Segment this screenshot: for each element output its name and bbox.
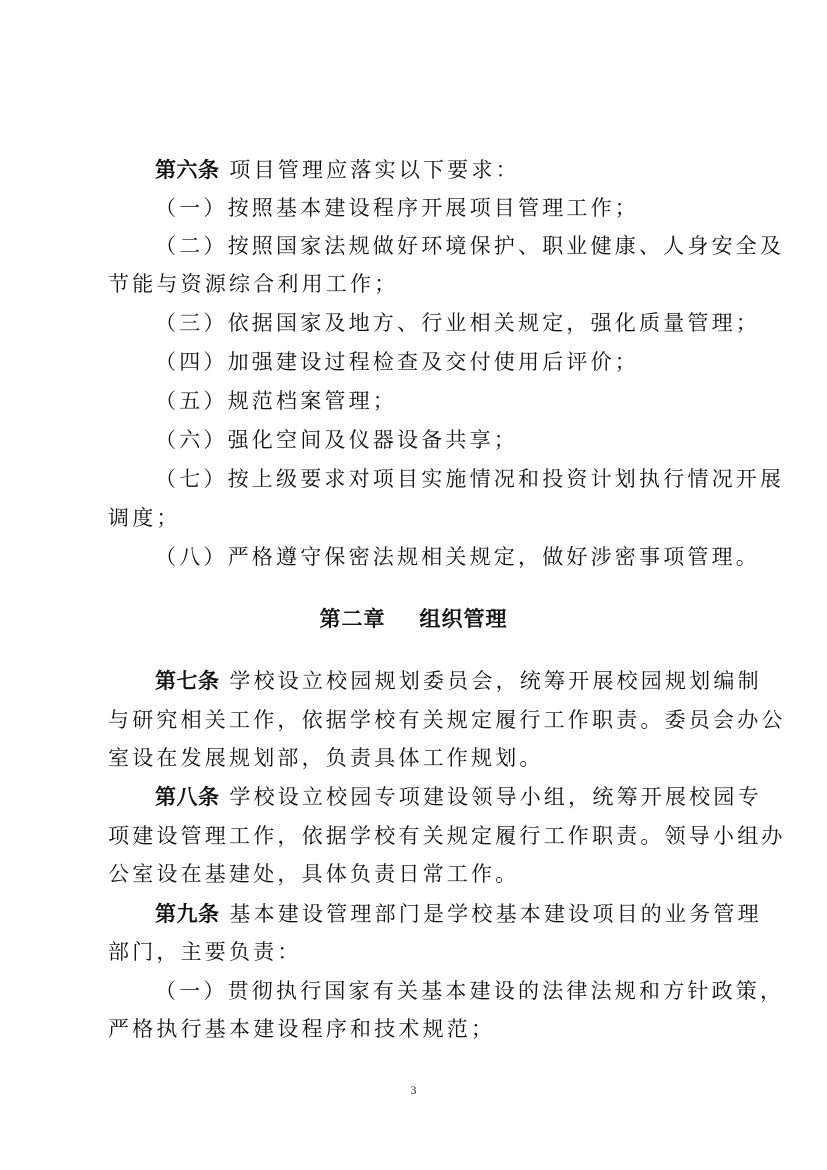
document-page: 第六条 项目管理应落实以下要求： （一）按照基本建设程序开展项目管理工作； （二… bbox=[0, 0, 827, 1170]
article-7-line-2: 与研究相关工作，依据学校有关规定履行工作职责。委员会办公 bbox=[108, 708, 728, 732]
article-6-item-3: （三）依据国家及地方、行业相关规定，强化质量管理； bbox=[155, 311, 730, 335]
article-7-line-3: 室设在发展规划部，负责具体工作规划。 bbox=[108, 746, 728, 770]
article-6-line: 第六条 项目管理应落实以下要求： bbox=[155, 158, 730, 182]
page-number: 3 bbox=[0, 1083, 827, 1098]
article-7-heading: 第七条 bbox=[155, 669, 220, 693]
article-8-line-3: 公室设在基建处，具体负责日常工作。 bbox=[108, 862, 728, 886]
article-6-item-2: （二）按照国家法规做好环境保护、职业健康、人身安全及 bbox=[155, 234, 730, 258]
article-8-heading: 第八条 bbox=[155, 785, 220, 809]
article-6-item-4: （四）加强建设过程检查及交付使用后评价； bbox=[155, 350, 730, 374]
article-9-item-1-cont: 严格执行基本建设程序和技术规范； bbox=[108, 1017, 728, 1041]
article-7-line: 第七条 学校设立校园规划委员会，统筹开展校园规划编制 bbox=[155, 669, 730, 693]
article-6-heading: 第六条 bbox=[155, 158, 220, 182]
article-7-text: 学校设立校园规划委员会，统筹开展校园规划编制 bbox=[220, 669, 762, 693]
article-6-text: 项目管理应落实以下要求： bbox=[220, 158, 520, 182]
article-6-item-8: （八）严格遵守保密法规相关规定，做好涉密事项管理。 bbox=[155, 545, 730, 569]
article-6-item-1: （一）按照基本建设程序开展项目管理工作； bbox=[155, 196, 730, 220]
article-9-line-2: 部门，主要负责： bbox=[108, 940, 728, 964]
article-8-text: 学校设立校园专项建设领导小组，统筹开展校园专 bbox=[220, 785, 762, 809]
article-6-item-7-cont: 调度； bbox=[108, 506, 728, 530]
chapter-title: 组织管理 bbox=[420, 607, 508, 631]
article-6-item-6: （六）强化空间及仪器设备共享； bbox=[155, 428, 730, 452]
chapter-heading: 第二章组织管理 bbox=[0, 607, 827, 631]
article-8-line: 第八条 学校设立校园专项建设领导小组，统筹开展校园专 bbox=[155, 785, 730, 809]
article-6-item-2-cont: 节能与资源综合利用工作； bbox=[108, 272, 728, 296]
article-6-item-5: （五）规范档案管理； bbox=[155, 389, 730, 413]
article-8-line-2: 项建设管理工作，依据学校有关规定履行工作职责。领导小组办 bbox=[108, 824, 728, 848]
article-9-text: 基本建设管理部门是学校基本建设项目的业务管理 bbox=[220, 902, 762, 926]
chapter-number: 第二章 bbox=[320, 607, 386, 631]
article-9-heading: 第九条 bbox=[155, 902, 220, 926]
article-9-line: 第九条 基本建设管理部门是学校基本建设项目的业务管理 bbox=[155, 902, 730, 926]
article-6-item-7: （七）按上级要求对项目实施情况和投资计划执行情况开展 bbox=[155, 467, 730, 491]
article-9-item-1: （一）贯彻执行国家有关基本建设的法律法规和方针政策， bbox=[155, 979, 730, 1003]
